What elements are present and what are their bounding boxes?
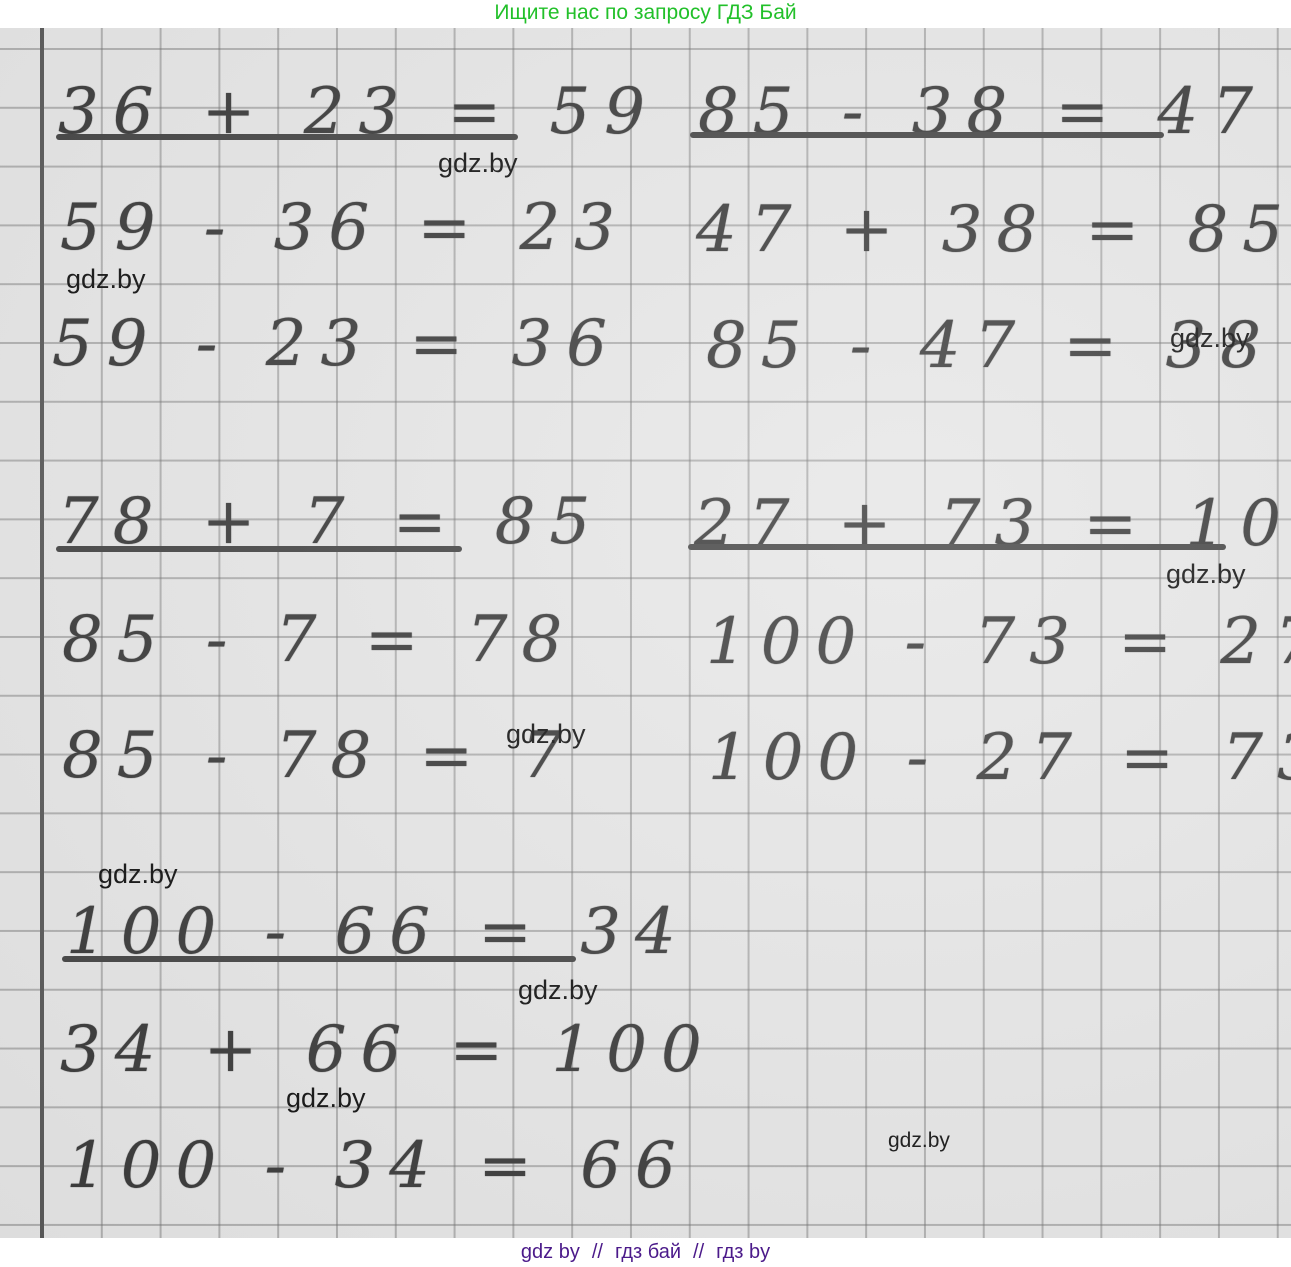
equation-check-1a: 59 - 36 = 23 <box>60 196 629 260</box>
watermark: gdz.by <box>66 266 146 293</box>
watermark: gdz.by <box>506 721 586 748</box>
margin-line <box>40 28 44 1238</box>
footer-link-gdz-by[interactable]: gdz by <box>521 1241 580 1263</box>
footer-link-gdz-bai[interactable]: гдз бай <box>615 1241 681 1263</box>
search-hint-banner: Ищите нас по запросу ГДЗ Бай <box>0 0 1291 28</box>
equation-check-4a: 100 - 73 = 27 <box>706 610 1291 674</box>
footer-link-gdz-by-cyr[interactable]: гдз by <box>716 1241 770 1263</box>
watermark: gdz.by <box>518 977 598 1004</box>
equation-main-5: 100 - 66 = 34 <box>66 900 690 964</box>
equation-check-5a: 34 + 66 = 100 <box>60 1018 716 1082</box>
equation-check-3a: 85 - 7 = 78 <box>62 608 576 672</box>
footer-links: gdz by//гдз бай//гдз by <box>0 1238 1291 1267</box>
equation-underline-4 <box>688 544 1226 550</box>
watermark: gdz.by <box>98 861 178 888</box>
equation-check-3b: 85 - 78 = 7 <box>62 724 576 788</box>
equation-check-1b: 59 - 23 = 36 <box>52 312 621 376</box>
equation-underline-2 <box>690 132 1164 138</box>
footer-separator: // <box>693 1241 704 1263</box>
equation-underline-1 <box>56 134 518 140</box>
equation-underline-3 <box>56 546 462 552</box>
footer-separator: // <box>592 1241 603 1263</box>
equation-main-3: 78 + 7 = 85 <box>58 490 604 554</box>
equation-check-5b: 100 - 34 = 66 <box>66 1134 690 1198</box>
equation-check-4b: 100 - 27 = 73 <box>708 726 1291 790</box>
notebook-page: 36 + 23 = 59 59 - 36 = 23 59 - 23 = 36 8… <box>0 28 1291 1238</box>
equation-check-2a: 47 + 38 = 85 <box>696 198 1291 262</box>
watermark: gdz.by <box>888 1130 950 1151</box>
watermark: gdz.by <box>438 150 518 177</box>
equation-underline-5 <box>62 956 576 962</box>
watermark: gdz.by <box>1170 325 1250 352</box>
watermark: gdz.by <box>286 1085 366 1112</box>
watermark: gdz.by <box>1166 561 1246 588</box>
